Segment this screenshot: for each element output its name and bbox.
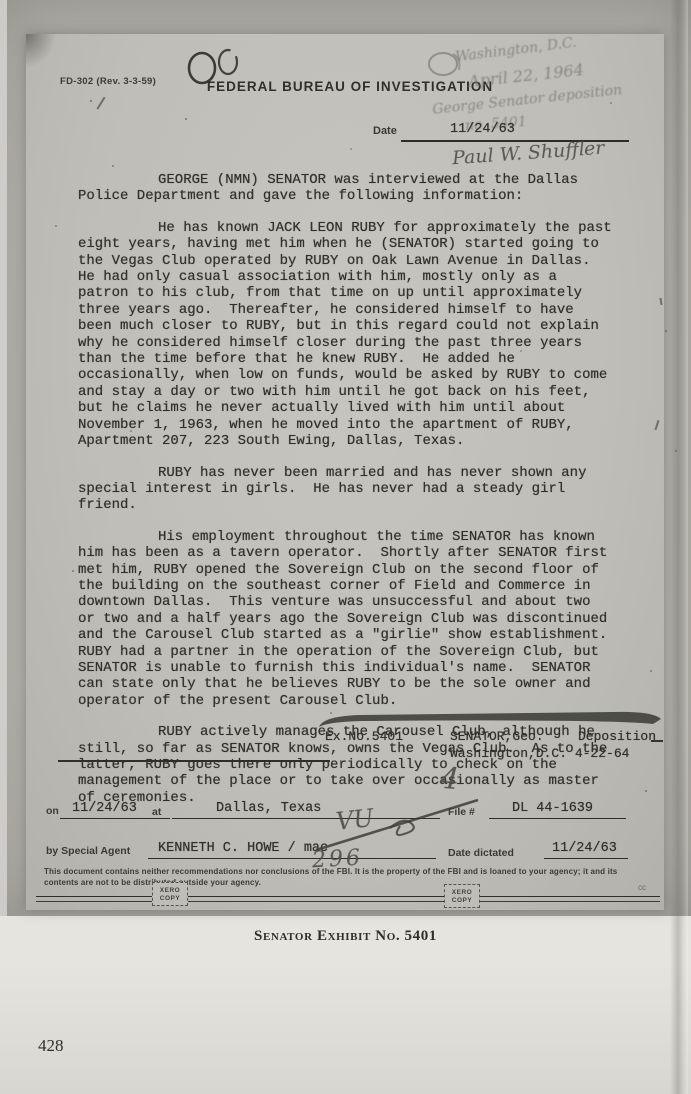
- book-page: FD-302 (Rev. 3-3-59) FEDERAL BUREAU OF I…: [0, 0, 691, 1094]
- handwritten-agent-scrawl: VU: [335, 804, 375, 836]
- special-agent-label: by Special Agent: [46, 845, 130, 857]
- stamp-location-date: Washington,D.C. 4-22-64: [450, 746, 629, 761]
- paragraph-2: He has known JACK LEON RUBY for approxim…: [78, 220, 612, 450]
- document-scan: FD-302 (Rev. 3-3-59) FEDERAL BUREAU OF I…: [0, 0, 691, 916]
- date-dictated-value: 11/24/63: [552, 841, 617, 856]
- file-number-value: DL 44-1639: [512, 801, 593, 816]
- date-value: 11/24/63: [450, 122, 515, 137]
- pen-slash-doodle: [298, 790, 498, 854]
- stamp-document-kind: Deposition: [578, 729, 656, 744]
- xero-copy-stamp-line2: COPY: [445, 897, 479, 905]
- stamp-exhibit-number: Ex.No.5401: [325, 729, 403, 744]
- bottom-rule: [36, 896, 660, 902]
- file-number-underline: [489, 818, 626, 819]
- ink-circles-doodle: [185, 46, 255, 90]
- scan-noise: [90, 100, 92, 102]
- blank-rule-line: [58, 760, 330, 762]
- edge-mark: cc: [638, 884, 646, 892]
- scan-edge-light: [0, 0, 7, 916]
- on-value: 11/24/63: [72, 801, 137, 816]
- on-underline: [60, 818, 170, 819]
- xero-copy-stamp-line1: XERO: [445, 889, 479, 897]
- on-label: on: [46, 805, 59, 817]
- paragraph-1: GEORGE (NMN) SENATOR was interviewed at …: [78, 172, 612, 205]
- form-id-label: FD-302 (Rev. 3-3-59): [60, 76, 156, 87]
- xero-copy-stamp: XERO COPY: [444, 884, 480, 908]
- at-label: at: [152, 806, 161, 818]
- date-label: Date: [373, 125, 397, 137]
- xero-copy-stamp-line1: XERO: [153, 887, 187, 895]
- date-dictated-underline: [544, 858, 628, 859]
- disclaimer-text: This document contains neither recommend…: [44, 866, 646, 888]
- special-agent-underline: [148, 858, 436, 859]
- xero-copy-stamp: XERO COPY: [152, 882, 188, 906]
- stamp-swoosh-line: [313, 711, 665, 729]
- page-number: 428: [38, 1036, 64, 1056]
- corner-smudge: [26, 34, 56, 68]
- paragraph-4: His employment throughout the time SENAT…: [78, 529, 612, 709]
- stamp-deponent-name: SENATOR,Geo.: [450, 729, 544, 744]
- stamp-dash: [651, 740, 663, 742]
- paragraph-3: RUBY has never been married and has neve…: [78, 465, 612, 514]
- xero-copy-stamp-line2: COPY: [153, 895, 187, 903]
- book-edge-shadow: [670, 0, 688, 1094]
- exhibit-caption: Senator Exhibit No. 5401: [0, 928, 691, 945]
